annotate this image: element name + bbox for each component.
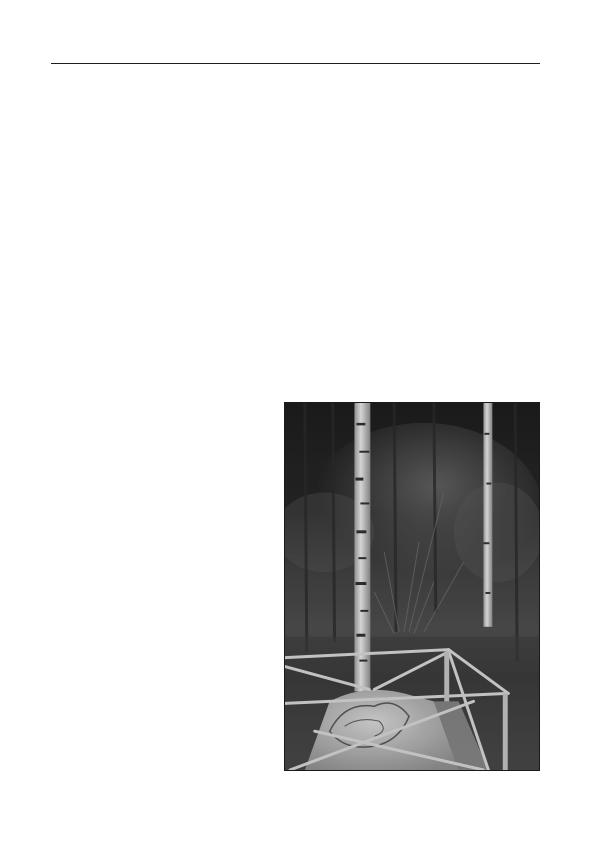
photograph-birch-monument: [285, 403, 539, 770]
header-rule: [51, 63, 540, 64]
figure-photograph: [284, 402, 540, 771]
